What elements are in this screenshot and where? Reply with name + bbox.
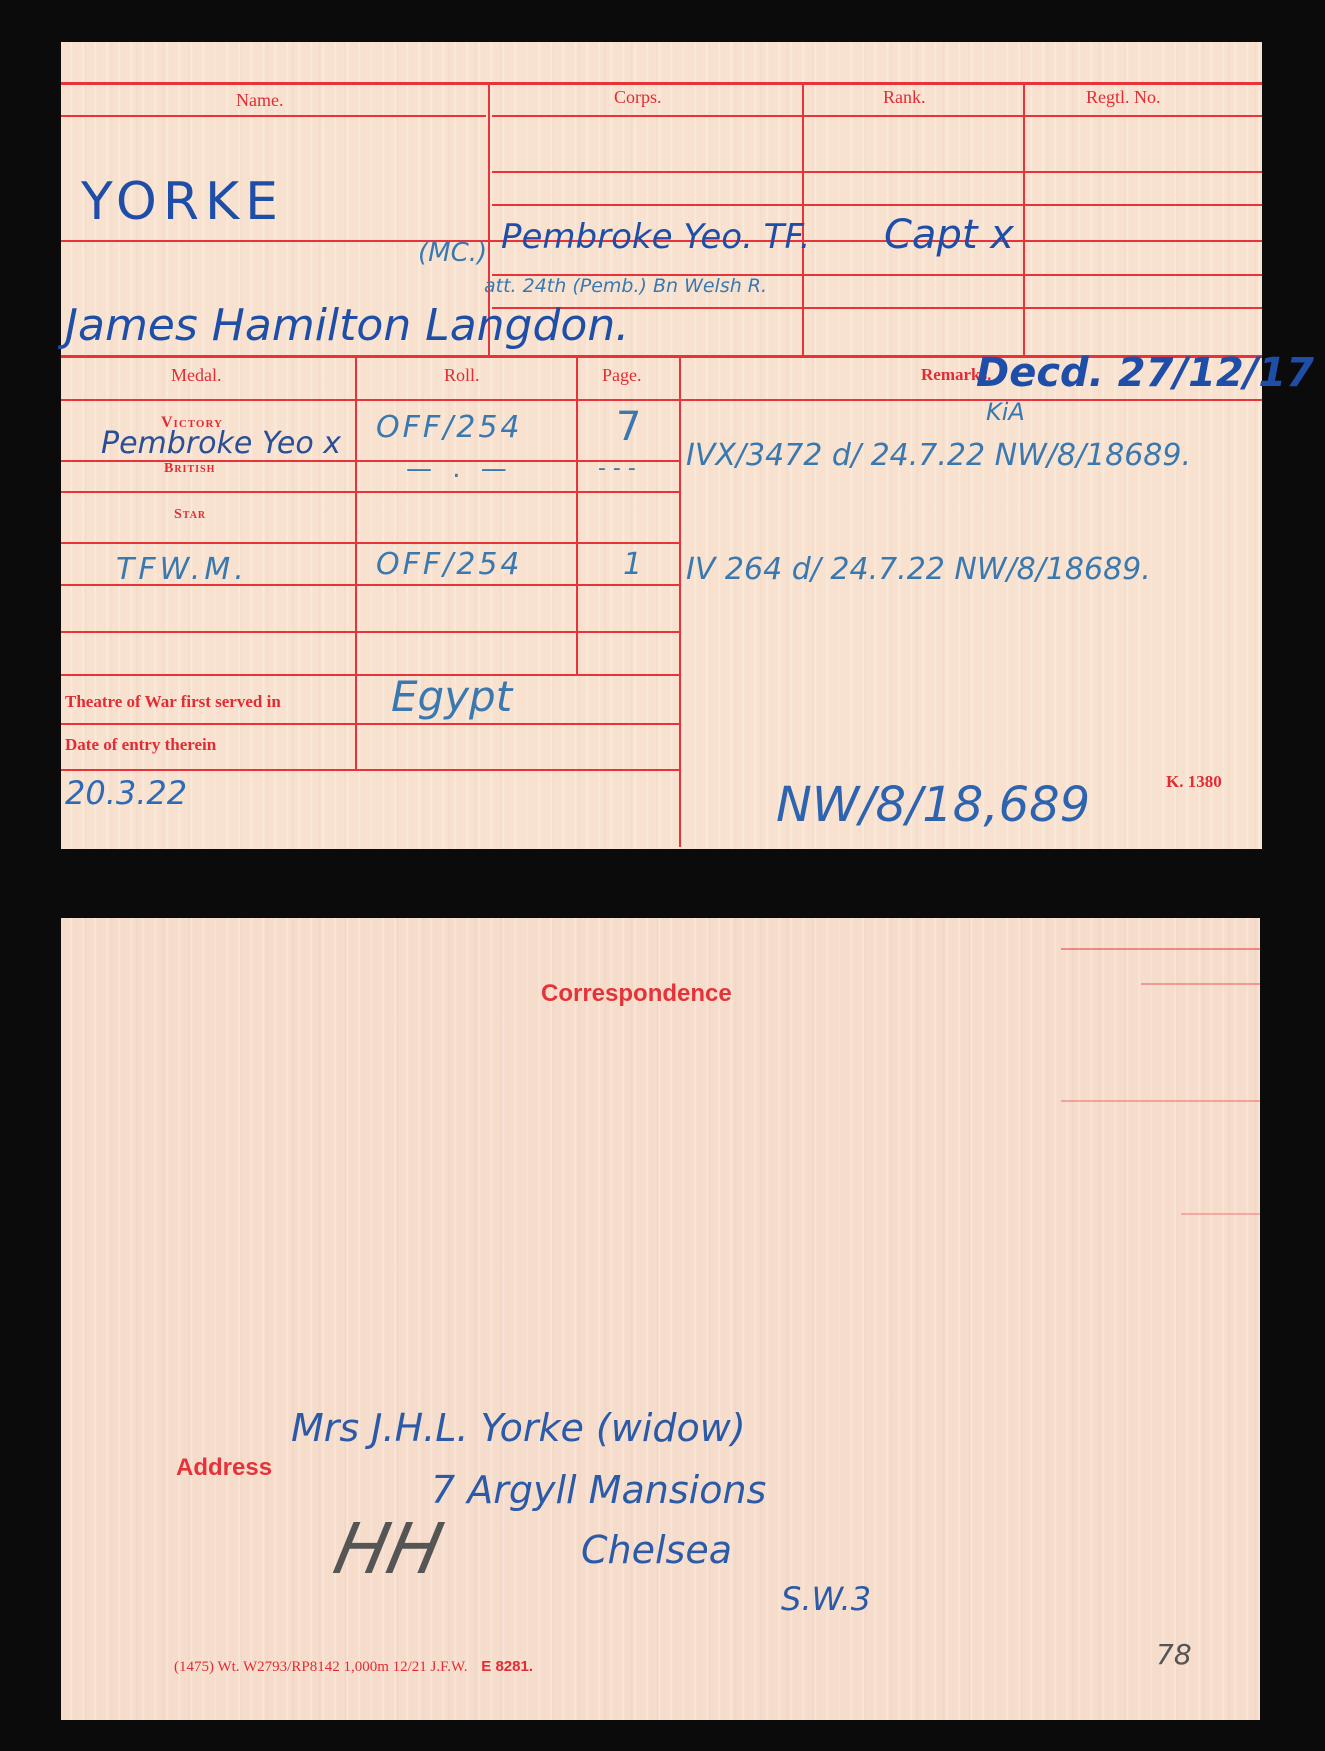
- header-name: Name.: [236, 90, 283, 111]
- rank-value: Capt x: [884, 212, 1014, 258]
- address-line-3: Chelsea: [581, 1528, 732, 1572]
- address-label: Address: [176, 1454, 272, 1482]
- header-page: Page.: [602, 365, 642, 386]
- header-medal: Medal.: [171, 365, 221, 386]
- col-divider: [355, 355, 357, 769]
- medal-row-3-remarks: IV 264 d/ 24.7.22 NW/8/18689.: [686, 552, 1151, 587]
- medal-index-card-front: Name. Corps. Rank. Regtl. No. YORKE (MC.…: [61, 42, 1262, 849]
- rule: [61, 723, 679, 725]
- address-line-1: Mrs J.H.L. Yorke (widow): [291, 1406, 746, 1450]
- medal-row-3-roll: OFF/254: [376, 547, 523, 582]
- surname: YORKE: [81, 172, 284, 232]
- corps-attachment: att. 24th (Pemb.) Bn Welsh R.: [484, 275, 767, 297]
- header-regtl-no: Regtl. No.: [1086, 87, 1161, 108]
- medal-row-1-remarks: IVX/3472 d/ 24.7.22 NW/8/18689.: [686, 438, 1191, 473]
- col-divider: [1023, 84, 1025, 355]
- address-line-4: S.W.3: [781, 1580, 871, 1618]
- printed-british: British: [164, 461, 215, 477]
- medal-row-1-roll: OFF/254: [376, 410, 523, 445]
- corner-mark: 78: [1156, 1638, 1192, 1671]
- corps-value: Pembroke Yeo. TF.: [501, 217, 810, 257]
- pencil-initials: HH: [327, 1508, 450, 1590]
- col-divider: [576, 355, 578, 674]
- form-number: K. 1380: [1166, 772, 1222, 792]
- rule: [61, 674, 679, 676]
- header-corps: Corps.: [614, 87, 662, 108]
- medal-row-2-roll: — . —: [406, 454, 513, 484]
- label-theatre: Theatre of War first served in: [65, 692, 281, 712]
- medal-row-2-page: - - -: [598, 456, 636, 481]
- theatre-value: Egypt: [391, 672, 512, 721]
- remarks-deceased: Decd. 27/12/17: [976, 350, 1314, 396]
- medal-index-card-back: Correspondence Address Mrs J.H.L. Yorke …: [61, 918, 1260, 1720]
- forenames: James Hamilton Langdon.: [65, 300, 629, 351]
- rule: [61, 631, 679, 633]
- rule: [61, 399, 1262, 401]
- file-reference: NW/8/18,689: [776, 777, 1090, 833]
- faint-rule: [1181, 1213, 1260, 1215]
- rule: [492, 204, 1262, 206]
- date-of-entry-value: 20.3.22: [65, 774, 187, 812]
- rule: [492, 115, 1262, 117]
- rule: [61, 115, 486, 117]
- medal-row-1-medal: Pembroke Yeo x: [101, 426, 341, 461]
- rule: [61, 542, 679, 544]
- correspondence-heading: Correspondence: [541, 980, 732, 1008]
- decoration: (MC.): [418, 238, 487, 268]
- faint-rule: [1141, 983, 1260, 985]
- faint-rule: [1061, 1100, 1260, 1102]
- printed-star: Star: [174, 507, 206, 523]
- col-divider: [679, 355, 681, 847]
- rule: [492, 171, 1262, 173]
- remarks-kia: KiA: [986, 398, 1025, 426]
- medal-row-3-medal: TFW.M.: [116, 552, 248, 587]
- medal-row-1-page: 7: [616, 404, 641, 450]
- print-line: (1475) Wt. W2793/RP8142 1,000m 12/21 J.F…: [174, 1658, 533, 1676]
- label-date-of-entry: Date of entry therein: [65, 735, 216, 755]
- header-roll: Roll.: [444, 365, 480, 386]
- print-line-text: (1475) Wt. W2793/RP8142 1,000m 12/21 J.F…: [174, 1659, 468, 1675]
- faint-rule: [1061, 948, 1260, 950]
- medal-row-3-page: 1: [623, 547, 642, 582]
- rule: [61, 769, 679, 771]
- print-line-code: E 8281.: [481, 1658, 533, 1675]
- header-rank: Rank.: [883, 87, 926, 108]
- rule: [61, 491, 679, 493]
- top-rule: [61, 82, 1262, 85]
- address-line-2: 7 Argyll Mansions: [431, 1468, 766, 1512]
